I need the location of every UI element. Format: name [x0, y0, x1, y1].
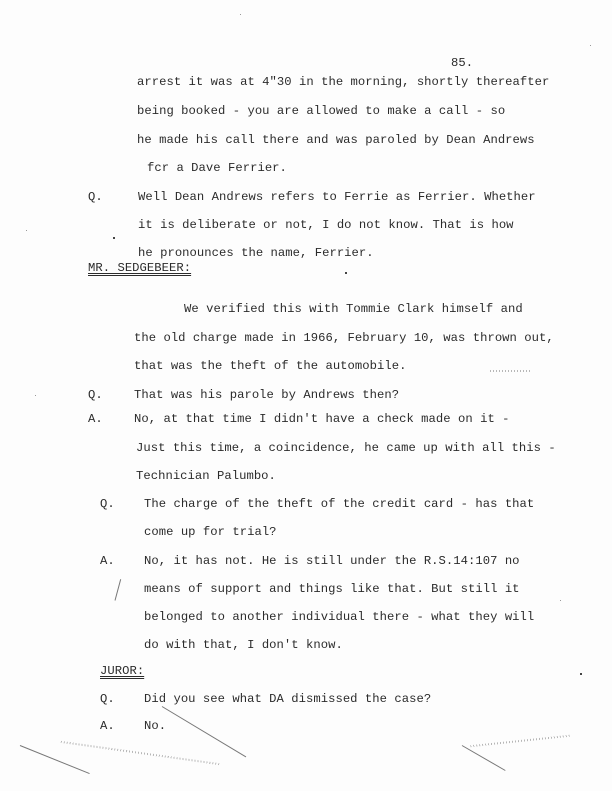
- scan-scratch: [115, 579, 122, 601]
- transcript-line: the old charge made in 1966, February 10…: [134, 331, 554, 345]
- transcript-line: that was the theft of the automobile.: [134, 359, 406, 373]
- transcript-line: come up for trial?: [144, 525, 277, 539]
- speaker-heading: MR. SEDGEBEER:: [88, 261, 191, 275]
- answer-label: A.: [100, 719, 115, 733]
- question-label: Q.: [100, 497, 115, 511]
- scan-speck: [580, 673, 582, 675]
- transcript-line: belonged to another individual there - w…: [144, 610, 534, 624]
- transcript-line: Did you see what DA dismissed the case?: [144, 692, 431, 706]
- question-label: Q.: [88, 190, 103, 204]
- transcript-line: arrest it was at 4"30 in the morning, sh…: [137, 75, 549, 89]
- transcript-line: it is deliberate or not, I do not know. …: [138, 218, 514, 232]
- page-number: 85.: [451, 56, 473, 70]
- question-label: Q.: [100, 692, 115, 706]
- transcript-line: being booked - you are allowed to make a…: [137, 104, 505, 118]
- transcript-line: No.: [144, 719, 166, 733]
- transcript-line: The charge of the theft of the credit ca…: [144, 497, 534, 511]
- transcript-line: Technician Palumbo.: [136, 469, 276, 483]
- transcript-line: he made his call there and was paroled b…: [137, 133, 535, 147]
- transcript-line: fcr a Dave Ferrier.: [147, 161, 287, 175]
- scan-speck: [26, 230, 27, 231]
- transcript-line: means of support and things like that. B…: [144, 582, 520, 596]
- transcript-line: Well Dean Andrews refers to Ferrie as Fe…: [138, 190, 536, 204]
- transcript-line: No, at that time I didn't have a check m…: [134, 412, 510, 426]
- answer-label: A.: [100, 554, 115, 568]
- scan-speck: [345, 272, 347, 274]
- question-label: Q.: [88, 388, 103, 402]
- transcript-line: do with that, I don't know.: [144, 638, 343, 652]
- transcript-line: We verified this with Tommie Clark himse…: [184, 302, 523, 316]
- transcript-line: No, it has not. He is still under the R.…: [144, 554, 520, 568]
- scan-smudge: [61, 741, 220, 765]
- scan-speck: [240, 14, 241, 15]
- scan-speck: [113, 237, 115, 239]
- transcript-line: he pronounces the name, Ferrier.: [138, 246, 374, 260]
- transcript-page: 85. arrest it was at 4"30 in the morning…: [0, 0, 612, 791]
- scan-speck: [560, 600, 561, 601]
- speaker-heading: JUROR:: [100, 664, 144, 678]
- scan-scratch: [20, 745, 90, 774]
- scan-scratch: [462, 745, 506, 771]
- scan-scratch: [162, 706, 247, 757]
- answer-label: A.: [88, 412, 103, 426]
- scan-speck: [35, 395, 36, 396]
- scan-speck: [590, 45, 591, 46]
- transcript-line: Just this time, a coincidence, he came u…: [136, 441, 556, 455]
- scan-smudge: [470, 735, 570, 747]
- transcript-line: That was his parole by Andrews then?: [134, 388, 399, 402]
- scan-smudge: [490, 370, 530, 372]
